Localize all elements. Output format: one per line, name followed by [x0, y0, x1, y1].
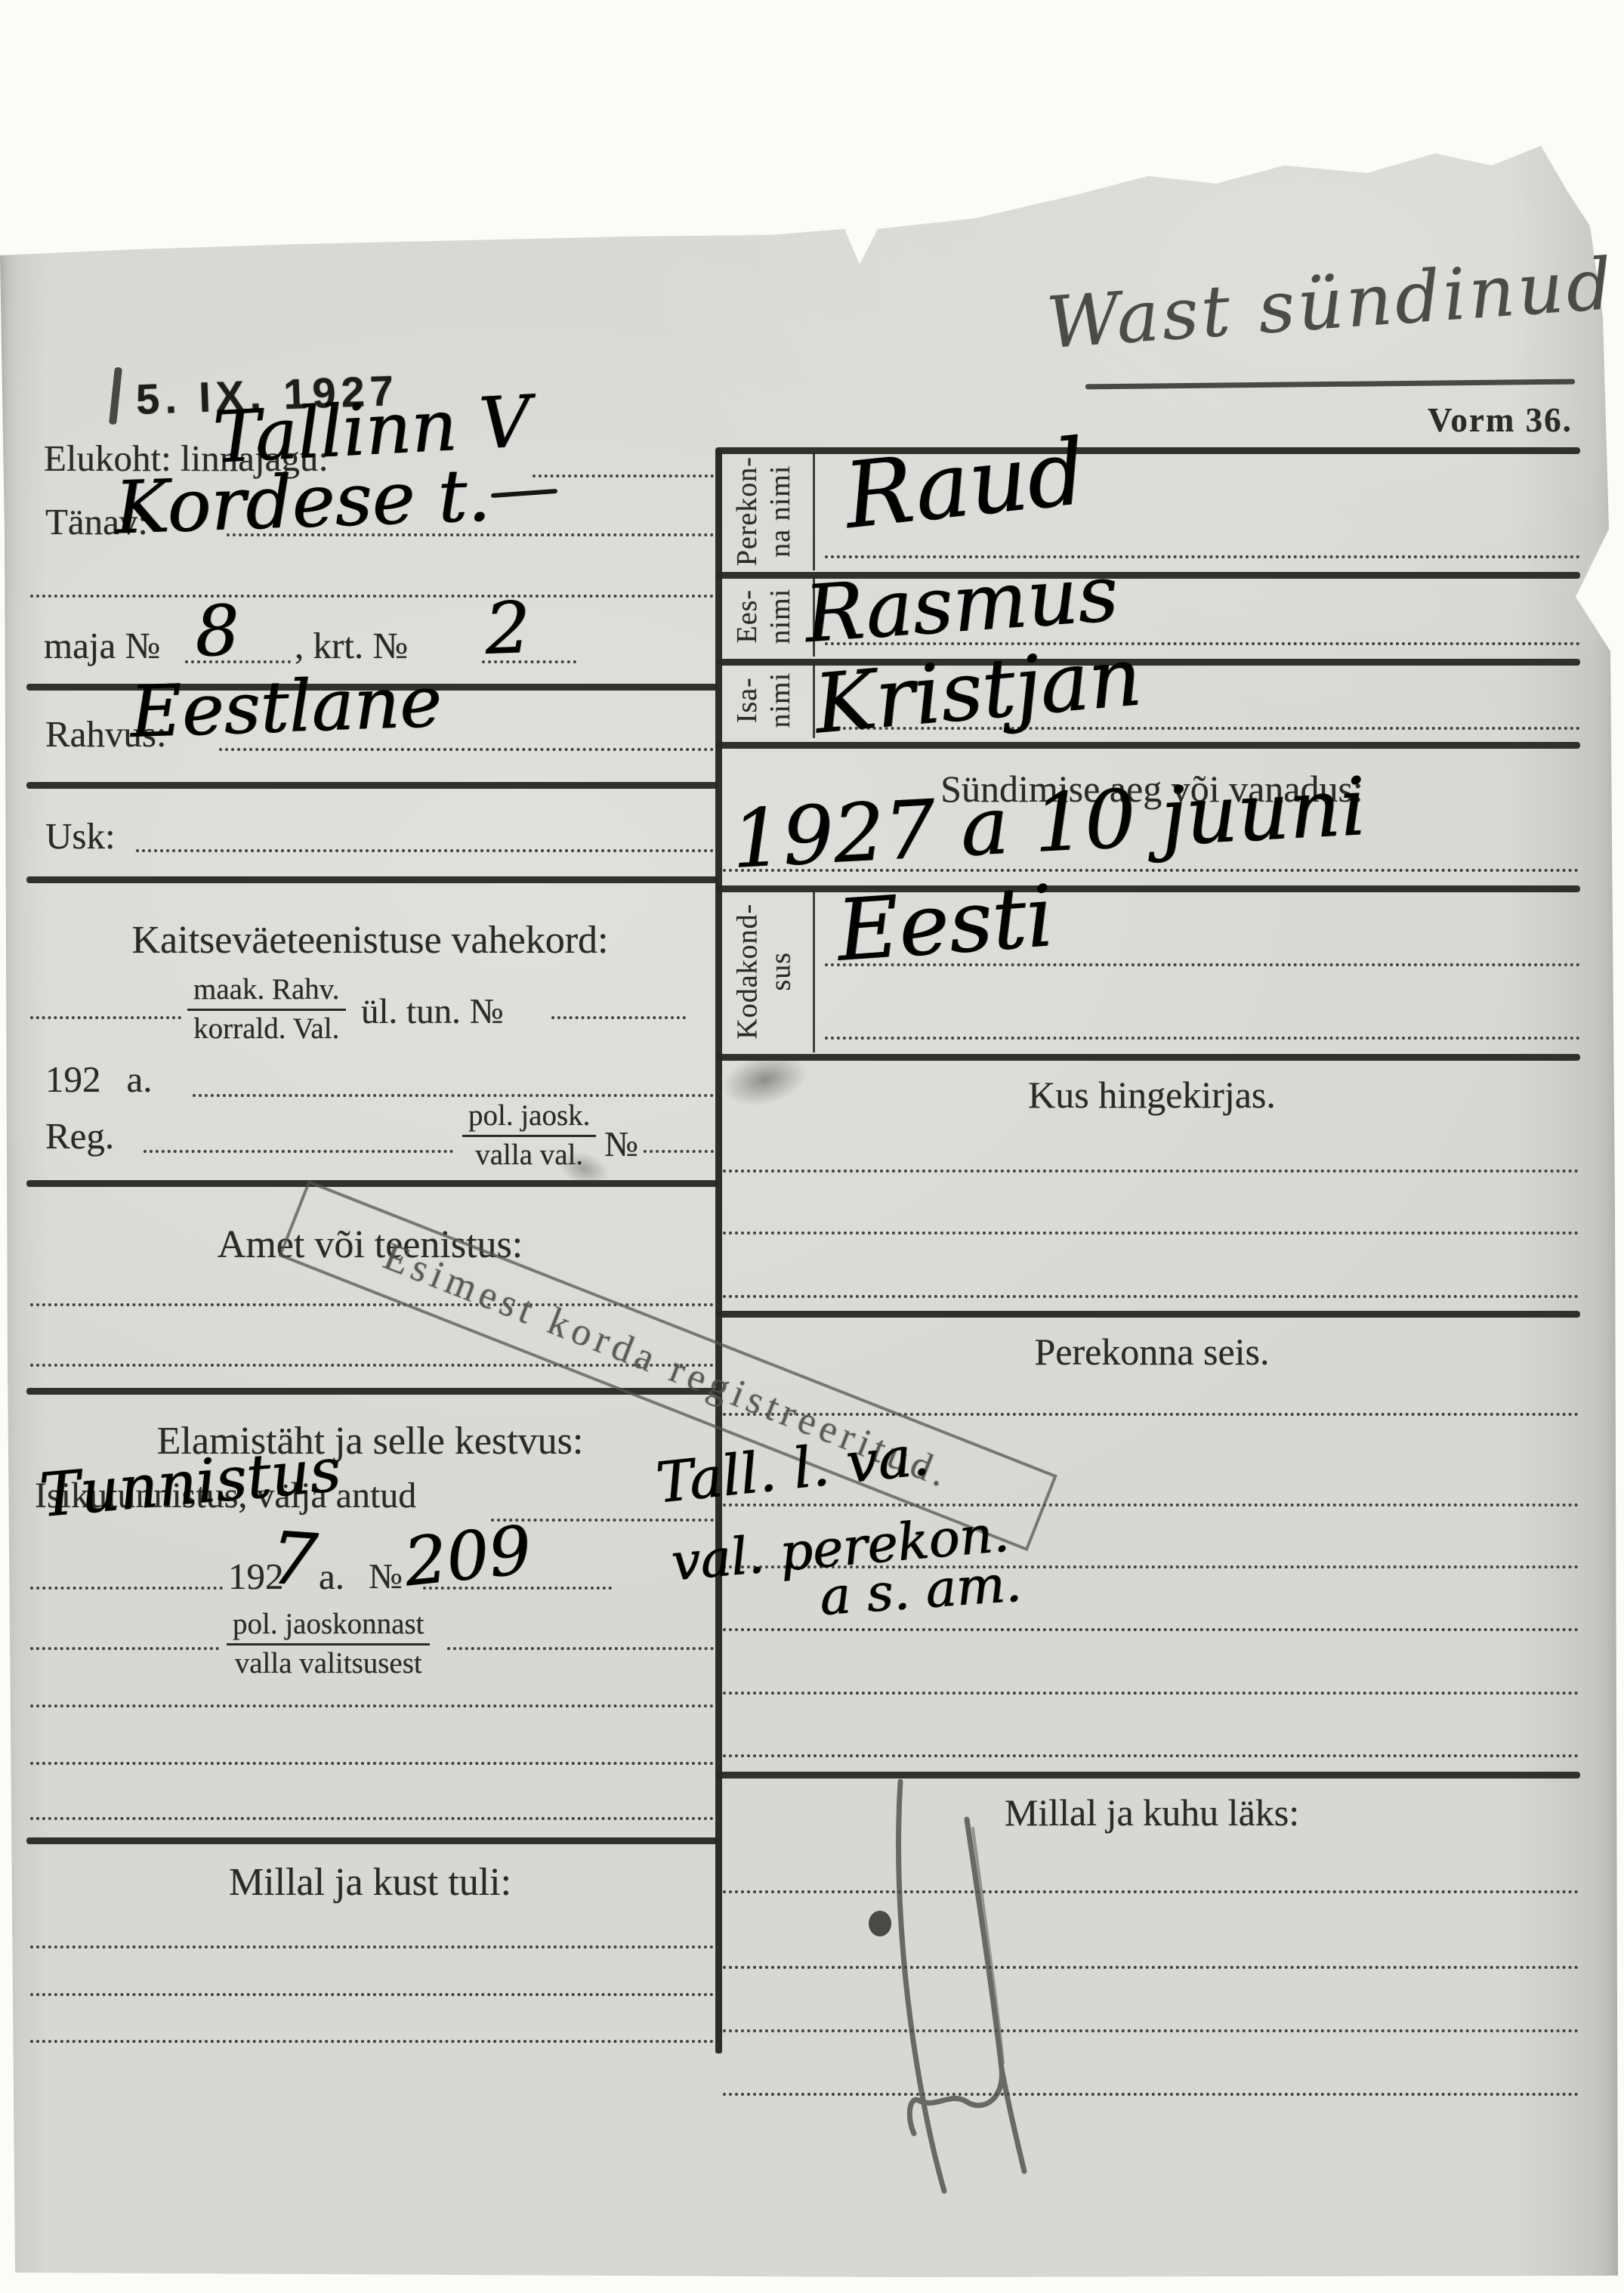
dotted-line	[193, 1094, 714, 1097]
dotted-line	[723, 1890, 1579, 1893]
field-label-reg: Reg.	[45, 1114, 114, 1157]
section-heading-kus-hingekirjas: Kus hingekirjas.	[725, 1073, 1579, 1117]
dotted-line	[644, 1150, 714, 1153]
dotted-line	[30, 1704, 714, 1707]
field-value-rahvus: Eestlane	[128, 661, 443, 754]
thick-rule	[26, 782, 718, 789]
vertical-label-cell-isanimi: Isa- nimi	[718, 663, 811, 738]
paper-sheet	[0, 0, 1624, 2293]
fraction-top: pol. jaoskonnast	[227, 1608, 430, 1646]
dotted-line	[30, 1647, 219, 1650]
dotted-line	[723, 2029, 1579, 2032]
field-label-krt: , krt. №	[295, 624, 408, 667]
label-separator-line	[813, 452, 815, 570]
fraction-bottom: korrald. Val.	[187, 1011, 346, 1046]
vertical-label-eesnimi: Ees- nimi	[731, 589, 797, 644]
vertical-label-perekonnanimi: Perekon- na nimi	[731, 456, 797, 566]
dotted-line	[30, 1817, 714, 1820]
handwriting-7: 7	[267, 1516, 320, 1603]
dotted-line	[723, 1295, 1579, 1298]
label-year-192: 192a.	[45, 1058, 153, 1101]
thick-rule	[715, 1311, 1580, 1318]
vertical-label-cell-perekonnanimi: Perekon- na nimi	[718, 452, 811, 570]
dotted-line	[723, 2093, 1579, 2096]
dotted-line	[30, 2040, 714, 2043]
dotted-line	[723, 1170, 1579, 1173]
field-label-maja: maja №	[44, 624, 160, 667]
fraction-top: maak. Rahv.	[187, 973, 346, 1011]
thick-rule	[715, 1054, 1580, 1061]
thick-rule	[26, 1180, 718, 1187]
vertical-label-kodakondsus: Kodakond- sus	[731, 904, 797, 1040]
dotted-line	[30, 1587, 223, 1590]
dotted-line	[825, 1037, 1580, 1040]
dotted-line	[723, 1231, 1579, 1235]
label-year2-a: a.	[319, 1555, 344, 1598]
vertical-label-cell-kodakondsus: Kodakond- sus	[718, 890, 811, 1052]
pencil-scribble	[854, 1775, 1065, 2214]
section-heading-perekonna-seis: Perekonna seis.	[725, 1330, 1579, 1374]
thick-rule	[26, 1837, 718, 1844]
thick-rule	[715, 1772, 1580, 1778]
scanned-form-page: { "page": { "pencil_note": "Wast sündinu…	[0, 0, 1624, 2293]
dotted-line	[723, 1628, 1579, 1631]
dotted-line	[551, 1016, 686, 1019]
dotted-line	[136, 849, 714, 852]
section-heading-millal-kust: Millal ja kust tuli:	[30, 1860, 710, 1905]
dotted-line	[723, 1754, 1579, 1757]
thick-rule	[26, 1388, 718, 1395]
dotted-line	[723, 1966, 1579, 1969]
field-value-tanav: Kordese t.	[113, 453, 491, 550]
label-no-sign: №	[604, 1124, 638, 1165]
dotted-line	[825, 555, 1580, 558]
dotted-line	[30, 1993, 714, 1996]
thick-rule	[26, 876, 718, 883]
fraction-bottom: valla valitsusest	[227, 1646, 430, 1681]
label-ul-tun-no: ül. tun. №	[361, 991, 503, 1032]
dotted-line	[30, 595, 714, 598]
dotted-line	[723, 1503, 1579, 1507]
fraction-maak-rahv: maak. Rahv. korrald. Val.	[187, 973, 346, 1046]
label-no2-sign: №	[369, 1556, 403, 1597]
handwriting-209: 209	[400, 1511, 535, 1602]
dotted-line	[30, 1016, 181, 1019]
vertical-label-cell-eesnimi: Ees- nimi	[718, 576, 811, 657]
dotted-line	[723, 1692, 1579, 1695]
vertical-label-isanimi: Isa- nimi	[731, 672, 797, 728]
dotted-line	[144, 1150, 453, 1153]
dotted-line	[30, 1945, 714, 1948]
form-number: Vorm 36.	[1428, 400, 1573, 440]
field-label-usk: Usk:	[45, 814, 116, 858]
section-heading-kaitse: Kaitseväeteenistuse vahekord:	[30, 918, 710, 963]
fraction-top: pol. jaosk.	[462, 1099, 596, 1137]
label-separator-line	[813, 890, 815, 1052]
fraction-pol-jaoskonnast: pol. jaoskonnast valla valitsusest	[227, 1608, 430, 1681]
dotted-line	[447, 1647, 714, 1650]
dotted-line	[533, 474, 714, 477]
field-value-maja: 8	[193, 590, 240, 672]
field-value-kodakondsus: Eesti	[834, 867, 1057, 981]
dotted-line	[30, 1762, 714, 1765]
field-value-krt: 2	[483, 587, 532, 671]
